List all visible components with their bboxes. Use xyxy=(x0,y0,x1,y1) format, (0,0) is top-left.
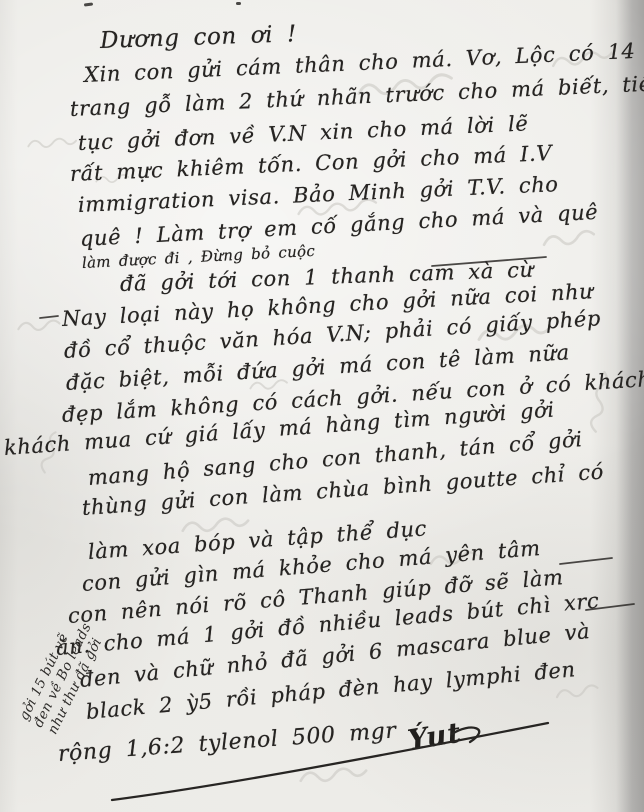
letter-line: rộng 1,6:2 tylenol 500 mgr - xyxy=(57,717,419,767)
letter-body: Dương con ơi !Xin con gửi cám thân cho m… xyxy=(0,0,644,812)
letter-scan-page: Dương con ơi !Xin con gửi cám thân cho m… xyxy=(0,0,644,812)
letter-line: Dương con ơi ! xyxy=(100,21,298,54)
